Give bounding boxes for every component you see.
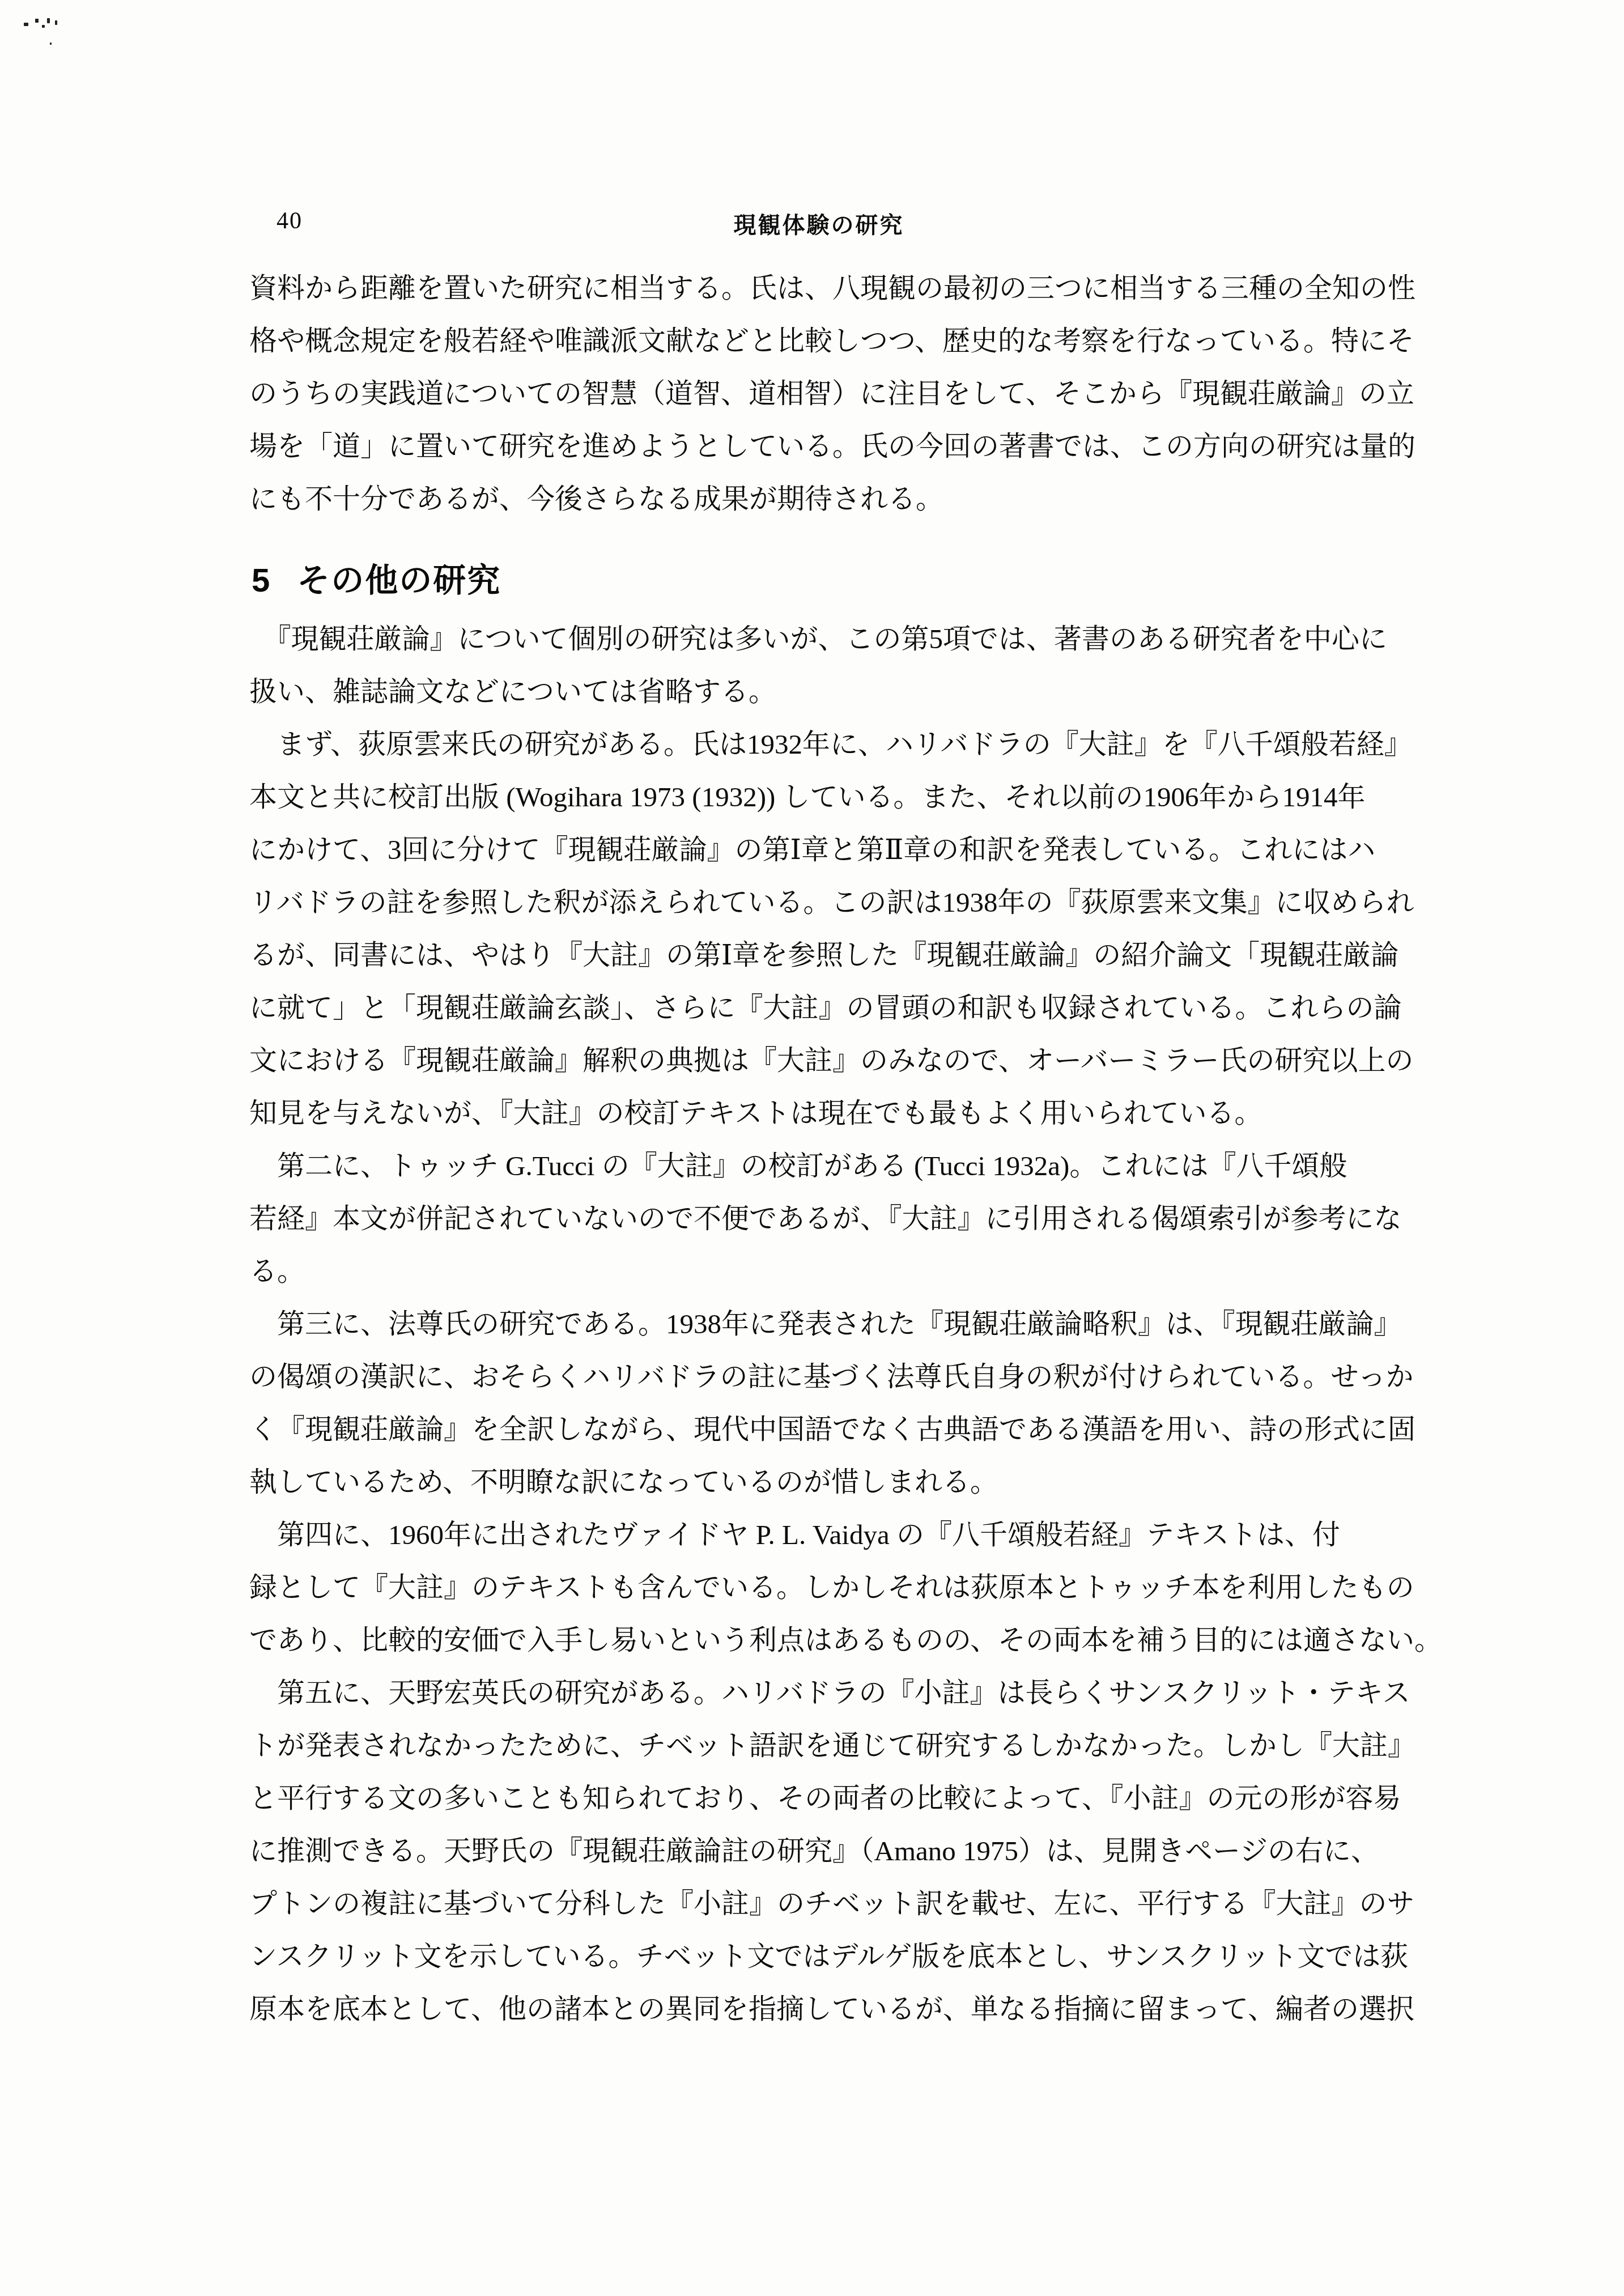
scan-artifact xyxy=(50,42,52,45)
text-line: 執しているため、不明瞭な訳になっているのが惜しまれる。 xyxy=(249,1456,1400,1508)
text-line: 『現観荘厳論』について個別の研究は多いが、この第5項では、著書のある研究者を中心… xyxy=(249,613,1400,665)
scan-artifact xyxy=(35,19,39,23)
section-title: その他の研究 xyxy=(297,562,501,599)
text-line: リバドラの註を参照した釈が添えられている。この訳は1938年の『荻原雲来文集』に… xyxy=(249,876,1400,929)
text-line: ンスクリット文を示している。チベット文ではデルゲ版を底本とし、サンスクリット文で… xyxy=(249,1930,1400,1983)
text-line: 録として『大註』のテキストも含んでいる。しかしそれは荻原本とトゥッチ本を利用した… xyxy=(249,1561,1400,1614)
text-line: 文における『現観荘厳論』解釈の典拠は『大註』のみなので、オーバーミラー氏の研究以… xyxy=(249,1034,1400,1087)
text-line: 格や概念規定を般若経や唯識派文献などと比較しつつ、歴史的な考察を行なっている。特… xyxy=(249,314,1400,367)
scan-artifact xyxy=(42,25,45,28)
scan-artifact xyxy=(47,18,50,23)
text-line: 資料から距離を置いた研究に相当する。氏は、八現観の最初の三つに相当する三種の全知… xyxy=(249,262,1400,314)
text-line: 第五に、天野宏英氏の研究がある。ハリバドラの『小註』は長らくサンスクリット・テキ… xyxy=(249,1666,1400,1719)
text-line: 場を「道」に置いて研究を進めようとしている。氏の今回の著書では、この方向の研究は… xyxy=(249,420,1400,473)
text-line: にかけて、3回に分けて『現観荘厳論』の第Ⅰ章と第Ⅱ章の和訳を発表している。これに… xyxy=(249,823,1400,876)
text-line: く『現観荘厳論』を全訳しながら、現代中国語でなく古典語である漢語を用い、詩の形式… xyxy=(249,1403,1400,1456)
text-line: トが発表されなかったために、チベット語訳を通じて研究するしかなかった。しかし『大… xyxy=(249,1719,1400,1772)
text-line: 本文と共に校訂出版 (Wogihara 1973 (1932)) している。また… xyxy=(249,771,1400,823)
page-body: 資料から距離を置いた研究に相当する。氏は、八現観の最初の三つに相当する三種の全知… xyxy=(249,262,1400,2035)
text-line: のうちの実践道についての智慧（道智、道相智）に注目をして、そこから『現観荘厳論』… xyxy=(249,367,1400,420)
paragraph: 『現観荘厳論』について個別の研究は多いが、この第5項では、著書のある研究者を中心… xyxy=(249,613,1400,718)
text-line: であり、比較的安価で入手し易いという利点はあるものの、その両本を補う目的には適さ… xyxy=(249,1614,1400,1666)
page-header: 40 現観体験の研究 xyxy=(249,207,1388,241)
text-line: 第二に、トゥッチ G.Tucci の『大註』の校訂がある (Tucci 1932… xyxy=(249,1140,1400,1192)
text-line: にも不十分であるが、今後さらなる成果が期待される。 xyxy=(249,473,1400,525)
paragraph: 第二に、トゥッチ G.Tucci の『大註』の校訂がある (Tucci 1932… xyxy=(249,1140,1400,1298)
text-line: 若経』本文が併記されていないので不便であるが、『大註』に引用される偈頌索引が参考… xyxy=(249,1192,1400,1245)
text-line: に推測できる。天野氏の『現観荘厳論註の研究』（Amano 1975）は、見開きペ… xyxy=(249,1825,1400,1877)
section-heading: 5その他の研究 xyxy=(252,558,1400,603)
paragraph: 第三に、法尊氏の研究である。1938年に発表された『現観荘厳論略釈』は、『現観荘… xyxy=(249,1298,1400,1508)
text-line: 原本を底本として、他の諸本との異同を指摘しているが、単なる指摘に留まって、編者の… xyxy=(249,1983,1400,2035)
scan-artifact xyxy=(55,20,57,25)
text-line: るが、同書には、やはり『大註』の第Ⅰ章を参照した『現観荘厳論』の紹介論文「現観荘… xyxy=(249,929,1400,981)
text-line: の偈頌の漢訳に、おそらくハリバドラの註に基づく法尊氏自身の釈が付けられている。せ… xyxy=(249,1350,1400,1403)
running-head: 現観体験の研究 xyxy=(249,207,1388,240)
text-line: 第三に、法尊氏の研究である。1938年に発表された『現観荘厳論略釈』は、『現観荘… xyxy=(249,1298,1400,1350)
text-line: 扱い、雑誌論文などについては省略する。 xyxy=(249,665,1400,718)
text-line: プトンの複註に基づいて分科した『小註』のチベット訳を載せ、左に、平行する『大註』… xyxy=(249,1877,1400,1930)
paragraph: 第四に、1960年に出されたヴァイドヤ P. L. Vaidya の『八千頌般若… xyxy=(249,1508,1400,1666)
text-line: る。 xyxy=(249,1245,1400,1298)
text-line: まず、荻原雲来氏の研究がある。氏は1932年に、ハリバドラの『大註』を『八千頌般… xyxy=(249,718,1400,771)
paragraph: 資料から距離を置いた研究に相当する。氏は、八現観の最初の三つに相当する三種の全知… xyxy=(249,262,1400,525)
paragraph: まず、荻原雲来氏の研究がある。氏は1932年に、ハリバドラの『大註』を『八千頌般… xyxy=(249,718,1400,1140)
text-line: と平行する文の多いことも知られており、その両者の比較によって、『小註』の元の形が… xyxy=(249,1772,1400,1825)
scan-artifact xyxy=(24,23,28,26)
document-page: { "page": { "number": "40", "running_hea… xyxy=(0,0,1624,2296)
section-number: 5 xyxy=(252,562,271,599)
paragraph: 第五に、天野宏英氏の研究がある。ハリバドラの『小註』は長らくサンスクリット・テキ… xyxy=(249,1666,1400,2035)
text-line: 知見を与えないが、『大註』の校訂テキストは現在でも最もよく用いられている。 xyxy=(249,1087,1400,1140)
text-line: に就て」と「現観荘厳論玄談」、さらに『大註』の冒頭の和訳も収録されている。これら… xyxy=(249,981,1400,1034)
text-line: 第四に、1960年に出されたヴァイドヤ P. L. Vaidya の『八千頌般若… xyxy=(249,1508,1400,1561)
